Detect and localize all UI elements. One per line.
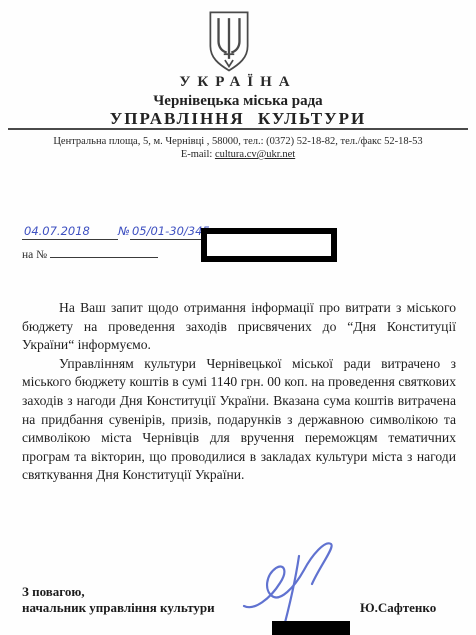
handwritten-date: 04.07.2018 — [22, 224, 118, 240]
reply-reference-row: на № — [22, 246, 158, 261]
redaction-box-top — [201, 228, 337, 262]
closing-line: З повагою, — [22, 584, 85, 600]
signer-title: начальник управління культури — [22, 600, 215, 616]
reply-label: на № — [22, 249, 47, 261]
number-sign: № — [118, 224, 130, 238]
address-line: Центральна площа, 5, м. Чернівці , 58000… — [0, 136, 476, 147]
body-paragraph-1: На Ваш запит щодо отримання інформації п… — [22, 299, 456, 355]
reference-row: 04.07.2018№05/01-30/345 — [22, 224, 222, 240]
redaction-box-bottom — [272, 621, 350, 635]
body-paragraph-2: Управлінням культури Чернівецької місько… — [22, 355, 456, 485]
ukraine-trident-emblem-icon — [205, 10, 253, 79]
header-divider — [8, 128, 468, 130]
signer-name: Ю.Сафтенко — [360, 600, 436, 616]
scanned-letter-page: УКРАЇНА Чернівецька міська рада УПРАВЛІН… — [0, 0, 476, 635]
email-label: E-mail: — [181, 149, 215, 160]
country-title: УКРАЇНА — [0, 74, 476, 91]
letter-body: На Ваш запит щодо отримання інформації п… — [22, 299, 456, 485]
council-title: Чернівецька міська рада — [0, 93, 476, 110]
email-link[interactable]: cultura.cv@ukr.net — [215, 149, 295, 160]
department-title: УПРАВЛІННЯ КУЛЬТУРИ — [0, 109, 476, 129]
email-line: E-mail: cultura.cv@ukr.net — [0, 149, 476, 160]
reply-blank-line — [50, 246, 158, 258]
